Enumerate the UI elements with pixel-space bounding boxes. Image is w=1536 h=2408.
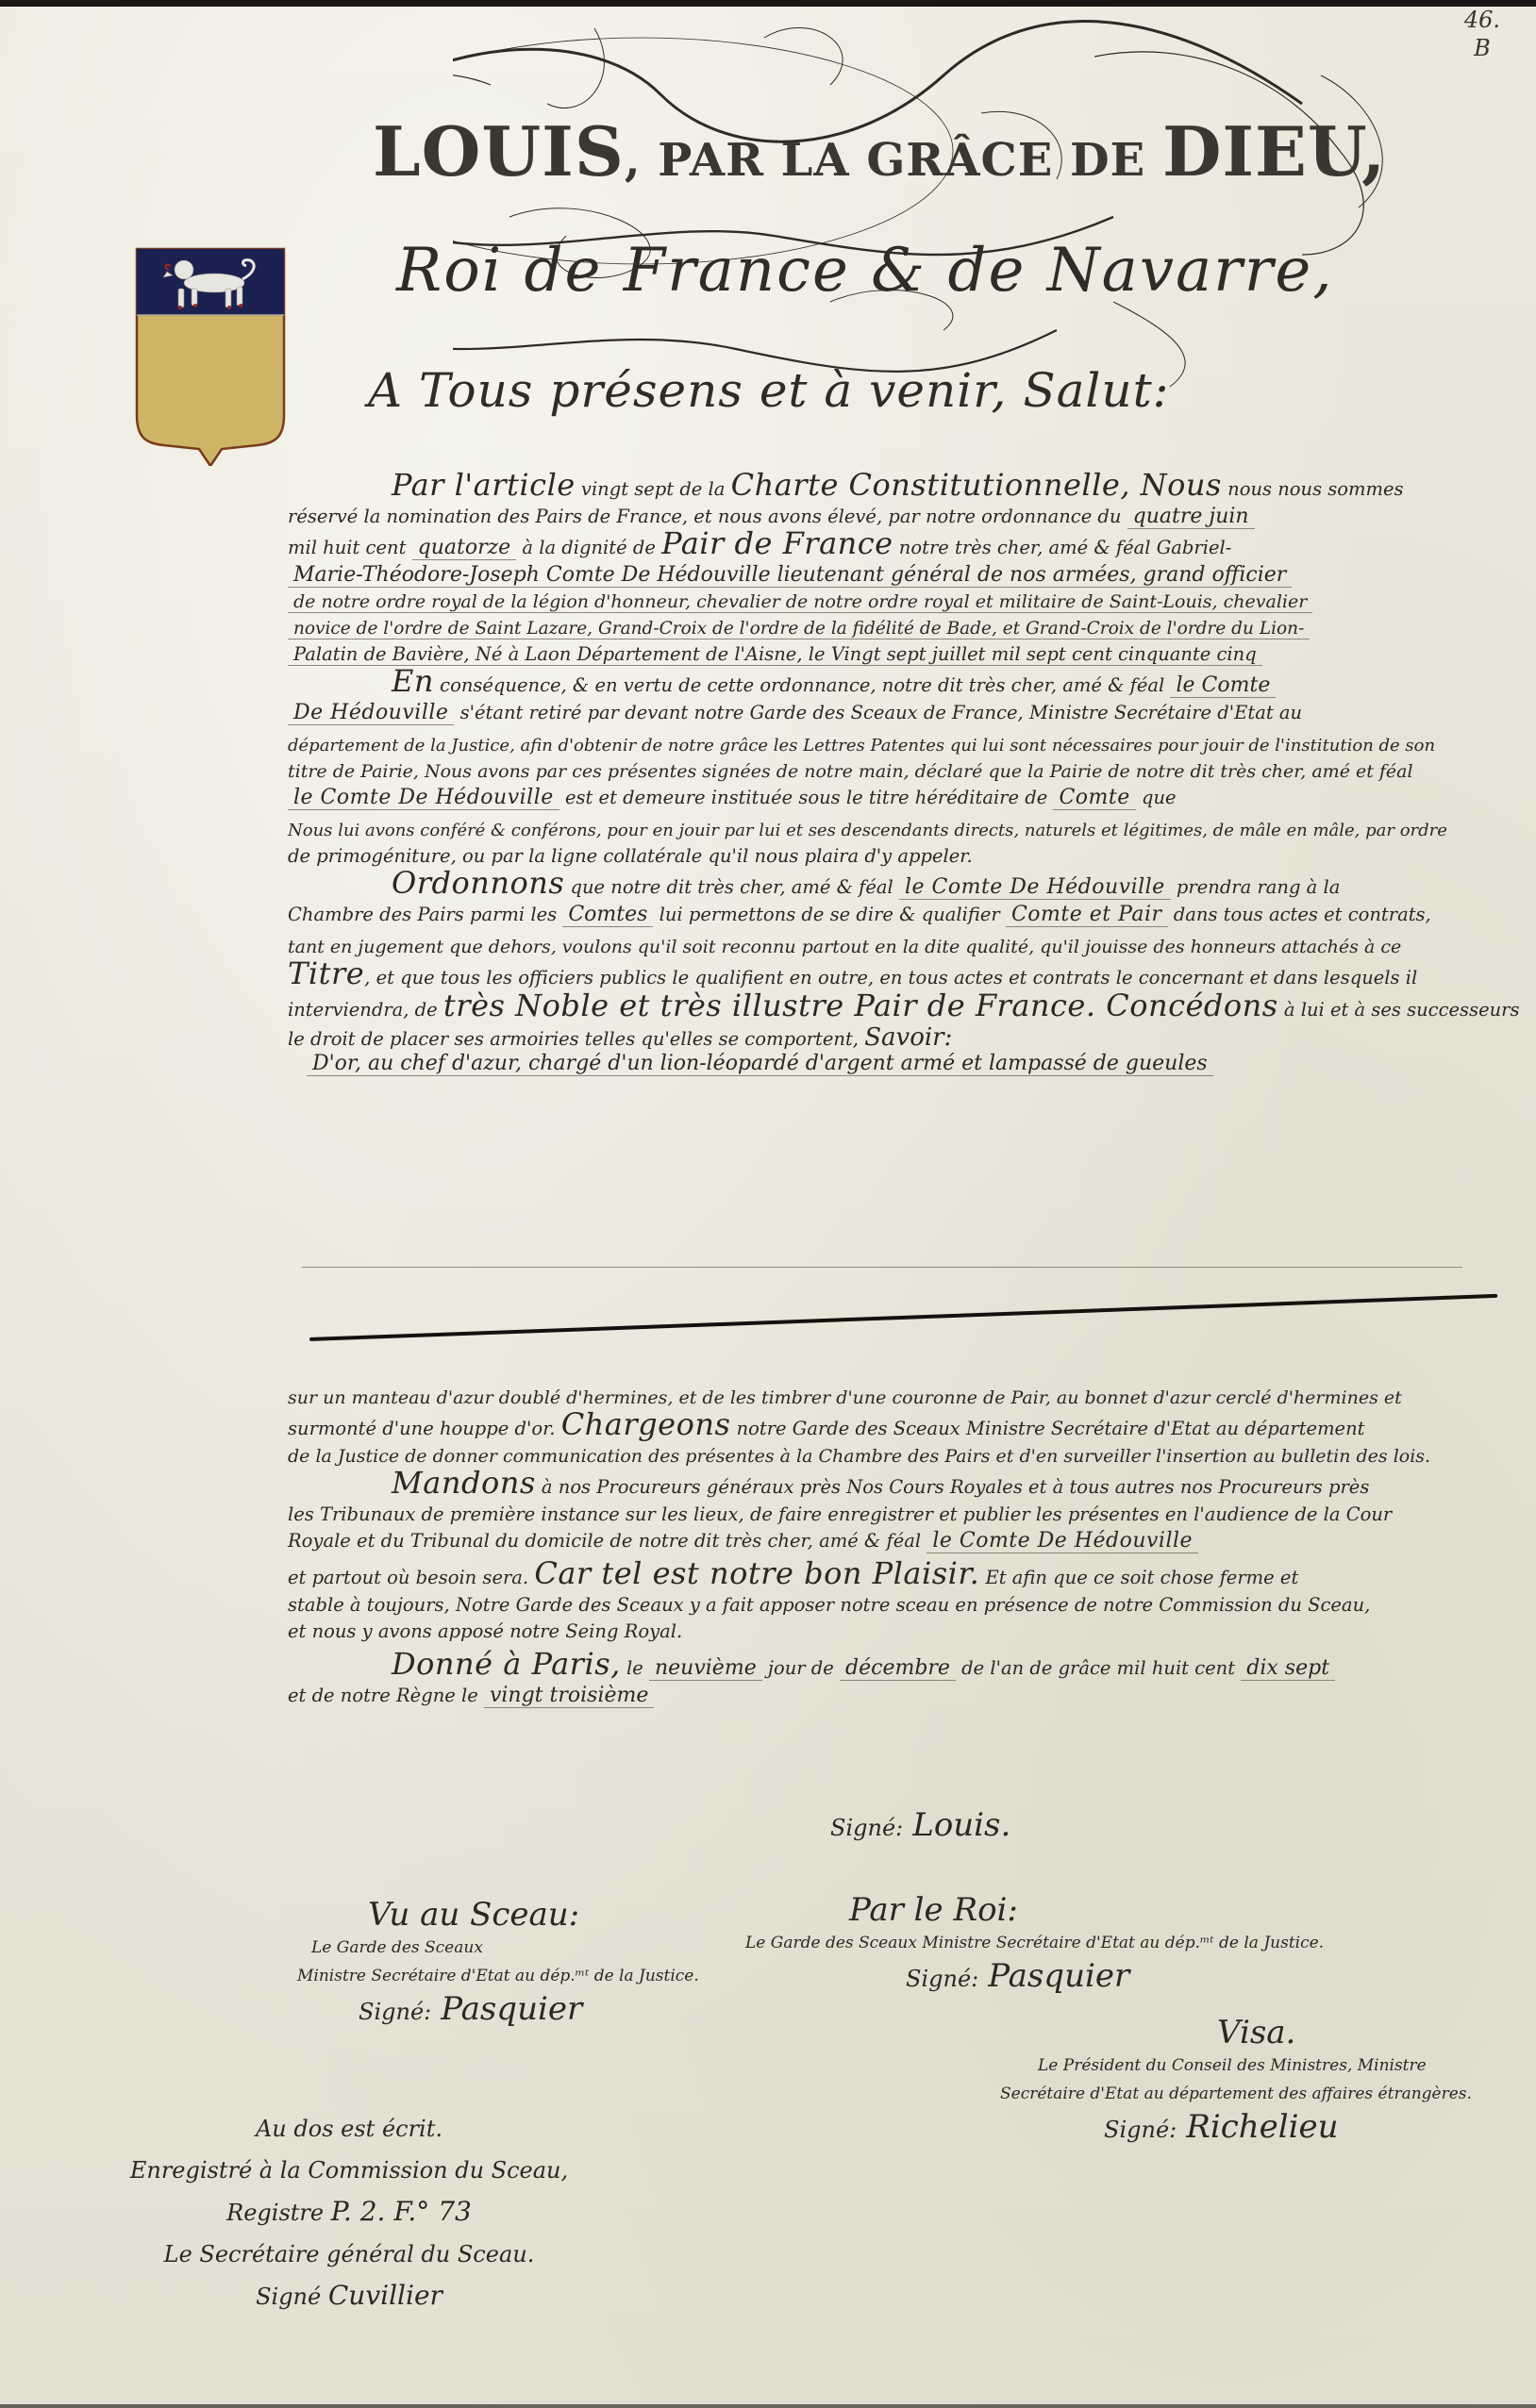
lead-word: Par l'article [392, 467, 576, 503]
filled-in-text: de notre ordre royal de la légion d'honn… [288, 591, 1312, 613]
emphasis-text: très Noble et très illustre Pair de Fran… [443, 988, 1096, 1023]
blazon-line: D'or, au chef d'azur, chargé d'un lion-l… [288, 1051, 1481, 1077]
emphasis-text: Savoir: [864, 1023, 952, 1052]
signature-name: Pasquier [988, 1957, 1129, 1995]
line-text: notre très cher, amé & féal Gabriel- [893, 537, 1232, 558]
line-text: , et que tous les officiers publics le q… [364, 967, 1417, 988]
signatory-title: Ministre Secrétaire d'Etat au dép.ᵐᵗ de … [283, 1962, 774, 1990]
line-text: interviendra, de [288, 999, 443, 1021]
line-text: et de notre Règne le [288, 1685, 484, 1706]
line-text: que notre dit très cher, amé & féal [564, 876, 899, 898]
line-text: vingt sept de la [576, 478, 731, 500]
paragraph-line: En conséquence, & en vertu de cette ordo… [288, 668, 1481, 700]
filled-in-text: Comtes [562, 903, 653, 927]
endorsement-line: Le Secrétaire général du Sceau. [123, 2234, 576, 2275]
scan-bottom-edge [0, 2404, 1536, 2408]
emphasis-text: Car tel est notre bon Plaisir. [534, 1555, 979, 1591]
endorsement-line: Enregistré à la Commission du Sceau, [123, 2150, 576, 2191]
scan-top-edge [0, 0, 1536, 7]
letters-patent-body-continued: sur un manteau d'azur doublé d'hermines,… [288, 1385, 1481, 1709]
line-text: que [1136, 787, 1177, 808]
cancellation-rule [309, 1294, 1497, 1341]
signed-label: Signé: [830, 1815, 903, 1841]
paragraph-line: et partout où besoin sera. Car tel est n… [288, 1560, 1481, 1592]
line-text: titre de Pairie, Nous avons par ces prés… [288, 761, 1413, 782]
title-salutation: A Tous présens et à venir, Salut: [368, 363, 1170, 418]
title-roi-de-france: Roi de France & de Navarre, [396, 236, 1334, 306]
endorsement-heading: Au dos est écrit. [123, 2108, 576, 2150]
signature-name: Cuvillier [328, 2280, 442, 2311]
paragraph-line: titre de Pairie, Nous avons par ces prés… [288, 758, 1481, 785]
line-text: lui permettons de se dire & qualifier [653, 904, 1006, 925]
line-text: département de la Justice, afin d'obteni… [288, 736, 1435, 756]
line-text: les Tribunaux de première instance sur l… [288, 1503, 1392, 1525]
line-text: mil huit cent [288, 537, 412, 558]
filled-in-text: Comte [1053, 786, 1135, 810]
vu-au-sceau-block: Vu au Sceau: Le Garde des Sceaux Ministr… [283, 1896, 774, 2028]
line-text: conséquence, & en vertu de cette ordonna… [434, 674, 1171, 696]
line-text: stable à toujours, Notre Garde des Sceau… [288, 1594, 1370, 1616]
line-text: est et demeure instituée sous le titre h… [559, 787, 1054, 808]
paragraph-line: interviendra, de très Noble et très illu… [288, 992, 1481, 1024]
paragraph-line: stable à toujours, Notre Garde des Sceau… [288, 1592, 1481, 1619]
paragraph-line: Par l'article vingt sept de la Charte Co… [288, 472, 1481, 504]
filled-in-text: quatorze [412, 536, 517, 560]
paragraph-line: novice de l'ordre de Saint Lazare, Grand… [288, 615, 1481, 641]
document-page: 46. B LOUIS, PAR LA GRÂCE DE DIEU, Roi d… [0, 0, 1536, 2408]
signature-name: Pasquier [441, 1990, 582, 2028]
registre-value: P. 2. F.° 73 [331, 2196, 472, 2227]
vu-au-sceau-heading: Vu au Sceau: [283, 1896, 774, 1934]
line-text: à lui et à ses successeurs [1278, 999, 1520, 1021]
paragraph-line: De Hédouville s'étant retiré par devant … [288, 700, 1481, 732]
registre-label: Registre [226, 2200, 324, 2226]
signed-label: Signé: [1104, 2117, 1177, 2143]
signed-label: Signé: [906, 1966, 978, 1992]
line-text: de primogéniture, ou par la ligne collat… [288, 845, 973, 867]
signed-label: Signé: [359, 1999, 431, 2025]
signed-label: Signé [256, 2283, 321, 2310]
emphasis-text: Pair de France [661, 525, 893, 561]
signatory-title: Le Président du Conseil des Ministres, M… [981, 2051, 1510, 2080]
paragraph-line: Mandons à nos Procureurs généraux près N… [288, 1470, 1481, 1502]
line-text: le [621, 1657, 649, 1679]
line-text: surmonté d'une houppe d'or. [288, 1418, 561, 1439]
paragraph-line: mil huit cent quatorze à la dignité de P… [288, 530, 1481, 562]
paragraph-line: tant en jugement que dehors, voulons qu'… [288, 934, 1481, 960]
visa-heading: Visa. [981, 2014, 1510, 2051]
filled-in-text: le Comte De Hédouville [899, 875, 1171, 900]
blazon-text: D'or, au chef d'azur, chargé d'un lion-l… [307, 1052, 1213, 1076]
visa-block: Visa. Le Président du Conseil des Minist… [981, 2014, 1510, 2146]
par-le-roi-block: Par le Roi: Le Garde des Sceaux Ministre… [745, 1891, 1387, 1995]
line-text: de l'an de grâce mil huit cent [956, 1657, 1241, 1679]
filled-in-text: quatre juin [1127, 505, 1255, 529]
signatory-title: Le Garde des Sceaux [283, 1934, 774, 1962]
line-text: de la Justice de donner communication de… [288, 1446, 1430, 1467]
lead-word: Titre [288, 955, 364, 991]
paragraph-line: sur un manteau d'azur doublé d'hermines,… [288, 1385, 1481, 1411]
paragraph-line: Ordonnons que notre dit très cher, amé &… [288, 870, 1481, 902]
lead-word: Mandons [392, 1465, 536, 1501]
lead-word: Donné à Paris, [392, 1646, 621, 1682]
king-signature-block: Signé:Louis. [830, 1806, 1010, 1844]
filled-in-text: Marie-Théodore-Joseph Comte De Hédouvill… [288, 563, 1292, 588]
filled-in-text: dix sept [1241, 1656, 1335, 1681]
line-text: réservé la nomination des Pairs de Franc… [288, 506, 1127, 527]
filled-in-text: vingt troisième [484, 1684, 654, 1708]
paragraph-line: de notre ordre royal de la légion d'honn… [288, 589, 1481, 615]
paragraph-line: Marie-Théodore-Joseph Comte De Hédouvill… [288, 562, 1481, 589]
lead-word: En [392, 663, 434, 699]
line-text: nous nous sommes [1222, 478, 1404, 500]
paragraph-line: Donné à Paris, le neuvième jour de décem… [288, 1651, 1481, 1683]
line-text: notre Garde des Sceaux Ministre Secrétai… [730, 1418, 1364, 1439]
paragraph-line: et nous y avons apposé notre Seing Royal… [288, 1619, 1481, 1645]
line-text: le droit de placer ses armoiries telles … [288, 1028, 864, 1050]
line-text: à nos Procureurs généraux près Nos Cours… [536, 1476, 1370, 1498]
line-text: tant en jugement que dehors, voulons qu'… [288, 937, 1401, 957]
title-dieu: DIEU, [1162, 111, 1386, 191]
filled-in-text: le Comte De Hédouville [288, 786, 559, 810]
paragraph-line: Chambre des Pairs parmi les Comtes lui p… [288, 902, 1481, 934]
line-text: sur un manteau d'azur doublé d'hermines,… [288, 1387, 1402, 1408]
line-text: Nous lui avons conféré & conférons, pour… [288, 821, 1447, 840]
signature-name: Louis. [912, 1806, 1010, 1844]
blazon-underline [302, 1267, 1462, 1268]
emphasis-text: Charte Constitutionnelle, Nous [731, 467, 1222, 503]
filled-in-text: De Hédouville [288, 701, 454, 725]
line-text: et partout où besoin sera. [288, 1567, 534, 1588]
line-text: Et afin que ce soit chose ferme et [979, 1567, 1298, 1588]
par-le-roi-heading: Par le Roi: [745, 1891, 1387, 1929]
lead-word: Ordonnons [392, 865, 564, 901]
paragraph-line: le droit de placer ses armoiries telles … [288, 1024, 1481, 1051]
letters-patent-body: Par l'article vingt sept de la Charte Co… [288, 472, 1481, 1077]
line-text: prendra rang à la [1171, 876, 1341, 898]
filled-in-text: le Comte De Hédouville [927, 1529, 1198, 1553]
filled-in-text: Comte et Pair [1006, 903, 1168, 927]
signatory-title: Secrétaire d'Etat au département des aff… [981, 2080, 1510, 2108]
shield-lion-icon [135, 247, 286, 466]
paragraph-line: les Tribunaux de première instance sur l… [288, 1502, 1481, 1528]
paragraph-line: le Comte De Hédouville est et demeure in… [288, 785, 1481, 817]
line-text: dans tous actes et contrats, [1168, 904, 1431, 925]
endorsement-block: Au dos est écrit. Enregistré à la Commis… [123, 2108, 576, 2317]
line-text: s'étant retiré par devant notre Garde de… [454, 702, 1302, 723]
paragraph-line: département de la Justice, afin d'obteni… [288, 732, 1481, 758]
paragraph-line: surmonté d'une houppe d'or. Chargeons no… [288, 1411, 1481, 1443]
signatory-title: Le Garde des Sceaux Ministre Secrétaire … [745, 1929, 1387, 1957]
emphasis-text: Concédons [1096, 988, 1278, 1023]
line-text: à la dignité de [516, 537, 661, 558]
title-louis: LOUIS [373, 111, 625, 191]
line-text: Royale et du Tribunal du domicile de not… [288, 1530, 927, 1552]
filled-in-text: neuvième [649, 1656, 762, 1681]
filled-in-text: le Comte [1170, 673, 1276, 698]
line-text: Chambre des Pairs parmi les [288, 904, 562, 925]
paragraph-line: Nous lui avons conféré & conférons, pour… [288, 817, 1481, 843]
filled-in-text: novice de l'ordre de Saint Lazare, Grand… [288, 619, 1310, 639]
filled-in-text: décembre [840, 1656, 956, 1681]
paragraph-line: et de notre Règne le vingt troisième [288, 1683, 1481, 1709]
title-par-la-grace: , PAR LA GRÂCE DE [625, 134, 1162, 187]
document-title: LOUIS, PAR LA GRÂCE DE DIEU, [373, 111, 1439, 191]
signature-name: Richelieu [1186, 2108, 1338, 2146]
line-text: jour de [762, 1657, 840, 1679]
paragraph-line: Palatin de Bavière, Né à Laon Départemen… [288, 641, 1481, 668]
line-text: et nous y avons apposé notre Seing Royal… [288, 1620, 682, 1642]
emphasis-text: Chargeons [561, 1406, 731, 1442]
